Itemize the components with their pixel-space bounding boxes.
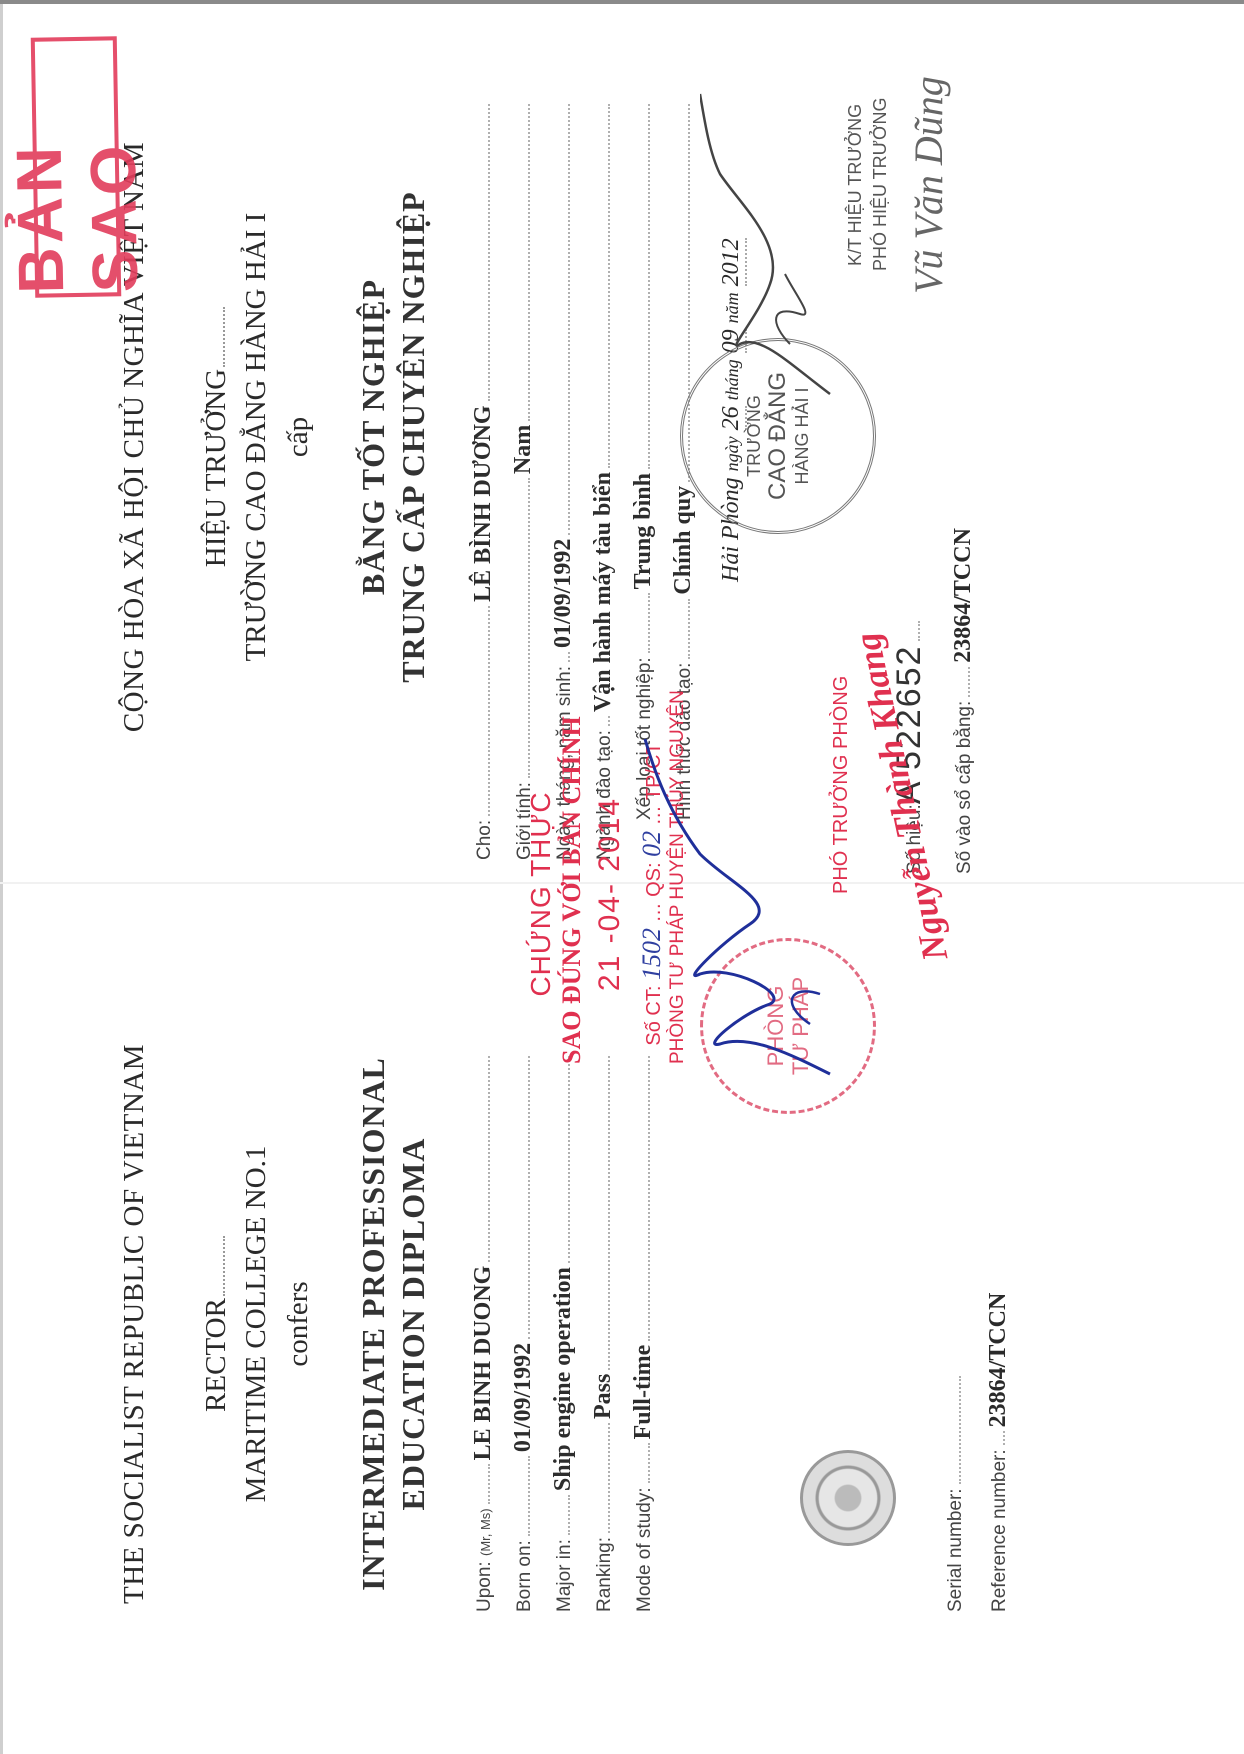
field-ranking: Ranking: Pass bbox=[590, 1052, 617, 1612]
recipient-name-vi: LÊ BÌNH DƯƠNG bbox=[470, 405, 497, 601]
certification-date: 21 -04- 2014 bbox=[593, 724, 627, 1064]
major-vi: Vận hành máy tàu biển bbox=[590, 472, 617, 712]
field-xep-loai: Xếp loại tốt nghiệp: Trung bình bbox=[630, 100, 657, 820]
field-reference-number-en: Reference number: 23864/TCCN bbox=[985, 1212, 1012, 1612]
degree-title-en-line1: INTERMEDIATE PROFESSIONAL bbox=[355, 894, 392, 1754]
register-number-vi: 23864/TCCN bbox=[950, 528, 977, 663]
mode-of-study-en: Full-time bbox=[630, 1345, 657, 1440]
degree-title-en-line2: EDUCATION DIPLOMA bbox=[395, 894, 432, 1754]
copy-stamp: BẢN SAO bbox=[31, 36, 122, 297]
birth-date-en: 01/09/1992 bbox=[510, 1343, 537, 1452]
ministry-emblem-seal bbox=[800, 1450, 896, 1546]
office-title-en: RECTOR bbox=[200, 894, 233, 1754]
gender-vi: Nam bbox=[510, 425, 537, 474]
certifier-title: PHÓ TRƯỞNG PHÒNG bbox=[830, 676, 853, 894]
mode-of-study-vi: Chính quy bbox=[670, 486, 697, 595]
school-name-vi: TRƯỜNG CAO ĐẲNG HÀNG HẢI I bbox=[240, 0, 273, 874]
field-born-on: Born on: 01/09/1992 bbox=[510, 1052, 537, 1612]
major-en: Ship engine operation bbox=[550, 1267, 577, 1491]
office-title-vi: HIỆU TRƯỞNG bbox=[200, 0, 233, 874]
signer-title-kt: K/T HIỆU TRƯỞNG bbox=[845, 104, 866, 266]
republic-title-en: THE SOCIALIST REPUBLIC OF VIETNAM bbox=[118, 894, 151, 1754]
certifier-signature bbox=[640, 734, 840, 1114]
field-so-vao-so: Số vào sổ cấp bằng: 23864/TCCN bbox=[950, 414, 977, 874]
school-name-en: MARITIME COLLEGE NO.1 bbox=[240, 894, 273, 1754]
confers-text-vi: cấp bbox=[282, 0, 315, 874]
field-mode-of-study: Mode of study: Full-time bbox=[630, 1052, 657, 1612]
field-upon: Upon: (Mr, Ms) LE BINH DUONG bbox=[470, 1052, 497, 1612]
ranking-en: Pass bbox=[590, 1374, 617, 1419]
degree-title-vi-line1: BẰNG TỐT NGHIỆP bbox=[355, 0, 392, 874]
certification-subtitle: SAO ĐÚNG VỚI BẢN CHÍNH bbox=[557, 724, 587, 1064]
confers-text-en: confers bbox=[282, 894, 315, 1754]
field-serial-number-en: Serial number: bbox=[945, 1372, 967, 1612]
birth-date-vi: 01/09/1992 bbox=[550, 539, 577, 648]
signer-title-pho: PHÓ HIỆU TRƯỞNG bbox=[870, 98, 891, 272]
reference-number-en: 23864/TCCN bbox=[985, 1293, 1012, 1428]
field-major: Major in: Ship engine operation bbox=[550, 1052, 577, 1612]
recipient-name-en: LE BINH DUONG bbox=[470, 1266, 497, 1461]
field-cho: Cho: LÊ BÌNH DƯƠNG bbox=[470, 100, 497, 860]
signer-name-vi: Vũ Văn Dũng bbox=[905, 76, 952, 294]
rector-signature bbox=[700, 84, 850, 404]
ranking-vi: Trung bình bbox=[630, 473, 657, 589]
certification-title: CHỨNG THỰC bbox=[525, 724, 557, 1064]
diploma-sheet: THE SOCIALIST REPUBLIC OF VIETNAM RECTOR… bbox=[0, 0, 1244, 1754]
degree-title-vi-line2: TRUNG CẤP CHUYÊN NGHIỆP bbox=[395, 0, 432, 874]
